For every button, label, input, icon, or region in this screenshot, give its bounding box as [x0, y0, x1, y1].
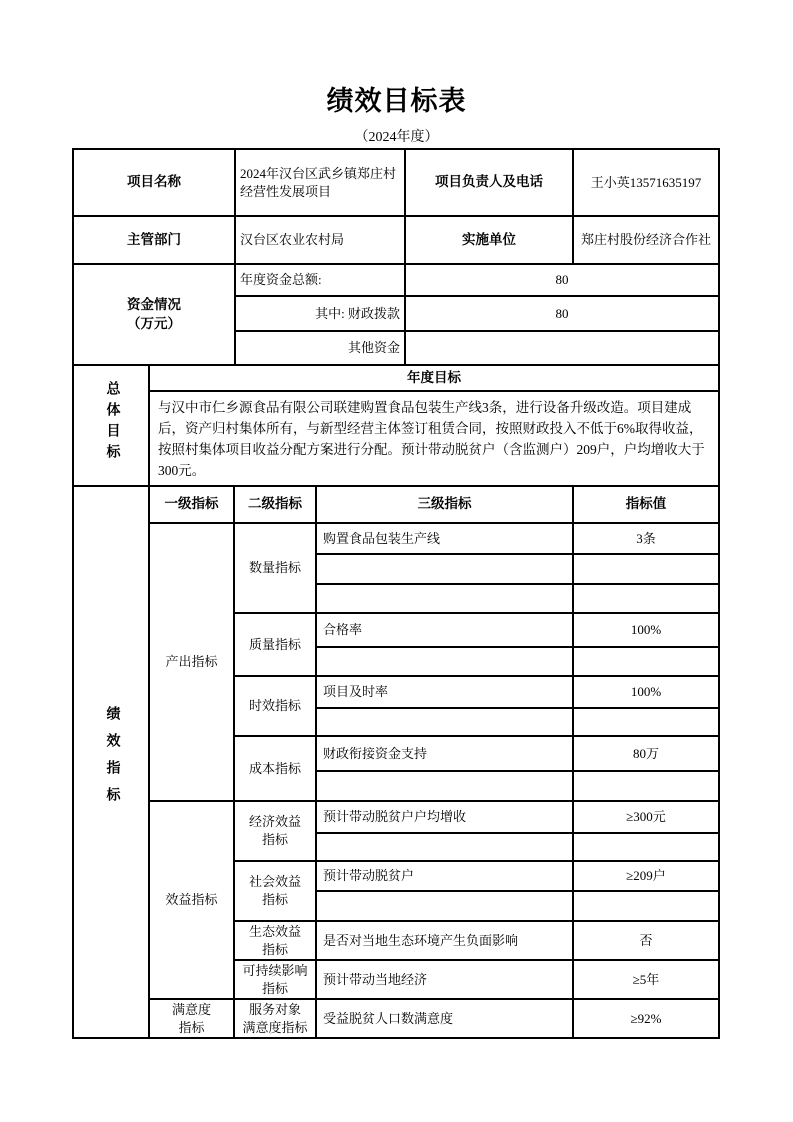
- indicator-l3-cell: [316, 554, 573, 584]
- funding-total-label-cell: 年度资金总额:: [235, 264, 405, 296]
- table-row: 与汉中市仁乡源食品有限公司联建购置食品包装生产线3条，进行设备升级改造。项目建成…: [73, 391, 719, 486]
- indicator-l3-cell: [316, 647, 573, 676]
- indicator-value-cell: ≥92%: [573, 999, 719, 1038]
- form-tables: 项目名称 2024年汉台区武乡镇郑庄村经营性发展项目 项目负责人及电话 王小英1…: [72, 148, 718, 1039]
- table-row: 满意度 指标 服务对象 满意度指标 受益脱贫人口数满意度 ≥92%: [73, 999, 719, 1038]
- table-row: 项目名称 2024年汉台区武乡镇郑庄村经营性发展项目 项目负责人及电话 王小英1…: [73, 149, 719, 216]
- table-row: 绩效指标 一级指标 二级指标 三级指标 指标值: [73, 486, 719, 523]
- funding-fiscal-label-cell: 其中: 财政拨款: [235, 296, 405, 331]
- sub-economic-cell: 经济效益 指标: [234, 801, 316, 861]
- leader-label-cell: 项目负责人及电话: [405, 149, 573, 216]
- group-benefit-cell: 效益指标: [149, 801, 234, 999]
- dept-label-cell: 主管部门: [73, 216, 235, 264]
- group-output-cell: 产出指标: [149, 523, 234, 801]
- indicator-value-cell: 100%: [573, 613, 719, 647]
- indicator-l3-cell: 预计带动当地经济: [316, 960, 573, 999]
- table-row: 产出指标 数量指标 购置食品包装生产线 3条: [73, 523, 719, 554]
- dept-value-cell: 汉台区农业农村局: [235, 216, 405, 264]
- funding-fiscal-value-cell: 80: [405, 296, 719, 331]
- annual-goal-text-cell: 与汉中市仁乡源食品有限公司联建购置食品包装生产线3条，进行设备升级改造。项目建成…: [149, 391, 719, 486]
- leader-value-cell: 王小英13571635197: [573, 149, 719, 216]
- table-row: 总体目标 年度目标: [73, 365, 719, 391]
- indicator-value-cell: ≥300元: [573, 801, 719, 833]
- annual-goal-header-cell: 年度目标: [149, 365, 719, 391]
- indicator-l3-cell: [316, 708, 573, 736]
- overall-goal-side-label: 总体目标: [102, 381, 121, 465]
- unit-label-cell: 实施单位: [405, 216, 573, 264]
- indicator-value-cell: [573, 833, 719, 861]
- sub-timeliness-cell: 时效指标: [234, 676, 316, 736]
- project-name-label-cell: 项目名称: [73, 149, 235, 216]
- sub-quantity-cell: 数量指标: [234, 523, 316, 613]
- indicator-l3-cell: 项目及时率: [316, 676, 573, 708]
- indicator-value-cell: 否: [573, 921, 719, 960]
- indicator-l3-cell: 受益脱贫人口数满意度: [316, 999, 573, 1038]
- indicator-l3-cell: [316, 771, 573, 801]
- indicator-value-cell: 3条: [573, 523, 719, 554]
- group-satisfaction-cell: 满意度 指标: [149, 999, 234, 1038]
- project-info-table: 项目名称 2024年汉台区武乡镇郑庄村经营性发展项目 项目负责人及电话 王小英1…: [72, 148, 720, 366]
- indicator-l3-cell: 预计带动脱贫户户均增收: [316, 801, 573, 833]
- header-l3-cell: 三级指标: [316, 486, 573, 523]
- sub-quality-cell: 质量指标: [234, 613, 316, 676]
- perf-side-cell: 绩效指标: [73, 486, 149, 1038]
- indicator-value-cell: 80万: [573, 736, 719, 771]
- indicator-l3-cell: [316, 891, 573, 921]
- sub-cost-cell: 成本指标: [234, 736, 316, 801]
- sub-sustain-cell: 可持续影响 指标: [234, 960, 316, 999]
- overall-goal-side-cell: 总体目标: [73, 365, 149, 486]
- indicators-table: 绩效指标 一级指标 二级指标 三级指标 指标值 产出指标 数量指标 购置食品包装…: [72, 485, 720, 1039]
- perf-side-label: 绩效指标: [102, 706, 121, 814]
- unit-value-cell: 郑庄村股份经济合作社: [573, 216, 719, 264]
- overall-goal-table: 总体目标 年度目标 与汉中市仁乡源食品有限公司联建购置食品包装生产线3条，进行设…: [72, 364, 720, 487]
- funding-label-cell: 资金情况 （万元）: [73, 264, 235, 365]
- sub-ecological-cell: 生态效益 指标: [234, 921, 316, 960]
- header-l2-cell: 二级指标: [234, 486, 316, 523]
- indicator-l3-cell: [316, 584, 573, 613]
- indicator-value-cell: [573, 708, 719, 736]
- indicator-l3-cell: 是否对当地生态环境产生负面影响: [316, 921, 573, 960]
- sub-social-cell: 社会效益 指标: [234, 861, 316, 921]
- page-subtitle: （2024年度）: [0, 126, 793, 146]
- funding-total-value-cell: 80: [405, 264, 719, 296]
- indicator-l3-cell: 预计带动脱贫户: [316, 861, 573, 891]
- indicator-value-cell: [573, 771, 719, 801]
- table-row: 资金情况 （万元） 年度资金总额: 80: [73, 264, 719, 296]
- header-value-cell: 指标值: [573, 486, 719, 523]
- document-page: 绩效目标表 （2024年度） 项目名称 2024年汉台区武乡镇郑庄村经营性发展项…: [0, 0, 793, 1122]
- indicator-value-cell: 100%: [573, 676, 719, 708]
- indicator-l3-cell: 财政衔接资金支持: [316, 736, 573, 771]
- page-title: 绩效目标表: [0, 79, 793, 118]
- funding-other-label-cell: 其他资金: [235, 331, 405, 365]
- indicator-l3-cell: [316, 833, 573, 861]
- indicator-value-cell: [573, 891, 719, 921]
- indicator-value-cell: ≥5年: [573, 960, 719, 999]
- funding-other-value-cell: [405, 331, 719, 365]
- table-row: 主管部门 汉台区农业农村局 实施单位 郑庄村股份经济合作社: [73, 216, 719, 264]
- indicator-value-cell: [573, 554, 719, 584]
- table-row: 效益指标 经济效益 指标 预计带动脱贫户户均增收 ≥300元: [73, 801, 719, 833]
- header-l1-cell: 一级指标: [149, 486, 234, 523]
- sub-service-cell: 服务对象 满意度指标: [234, 999, 316, 1038]
- indicator-l3-cell: 购置食品包装生产线: [316, 523, 573, 554]
- indicator-l3-cell: 合格率: [316, 613, 573, 647]
- project-name-value-cell: 2024年汉台区武乡镇郑庄村经营性发展项目: [235, 149, 405, 216]
- indicator-value-cell: [573, 584, 719, 613]
- indicator-value-cell: ≥209户: [573, 861, 719, 891]
- indicator-value-cell: [573, 647, 719, 676]
